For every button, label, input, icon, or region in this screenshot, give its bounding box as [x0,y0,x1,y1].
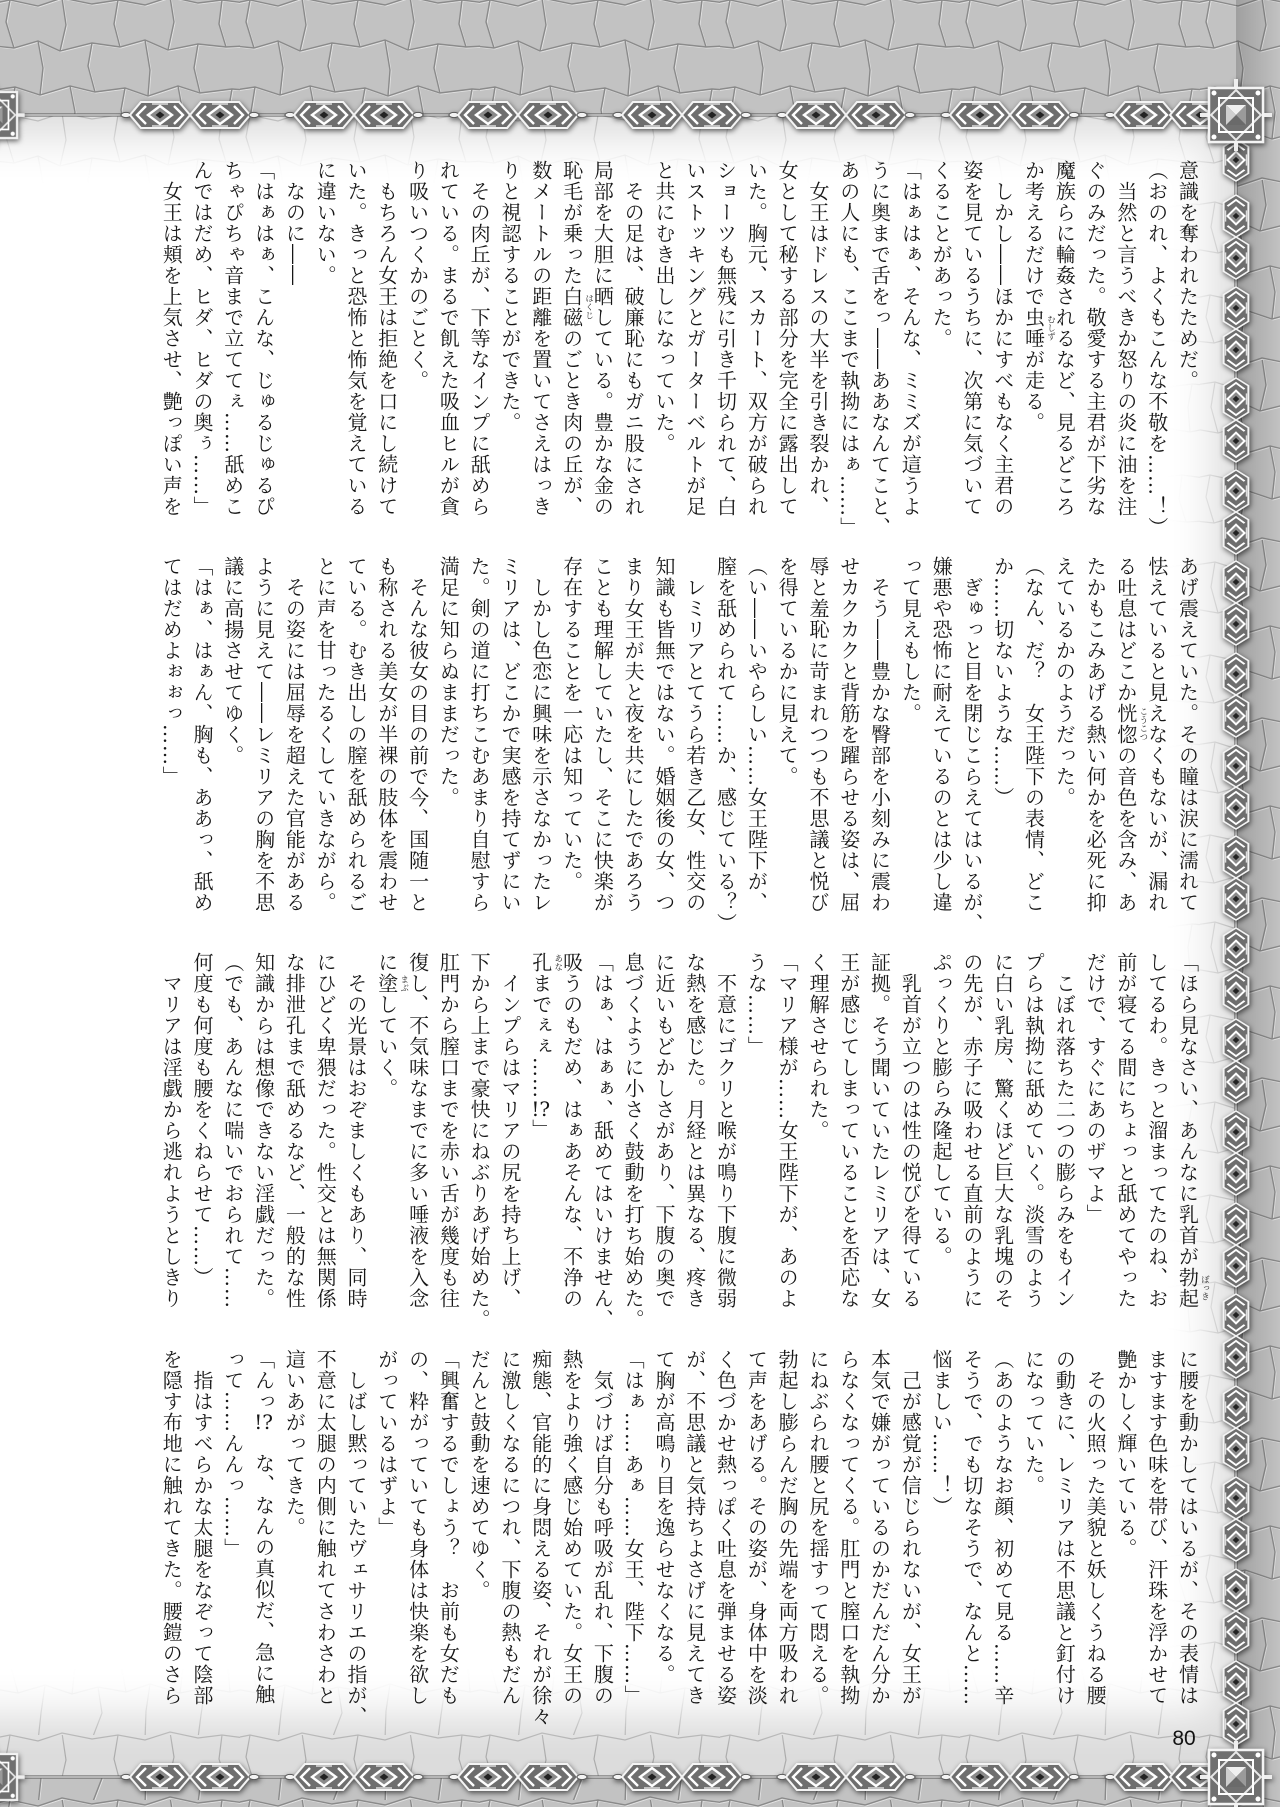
border-lines [0,115,1236,1777]
page-number: 80 [1166,1727,1202,1751]
ornamental-frame [0,0,1280,1807]
corner-ornament-icon [0,79,1272,1807]
border-ornament-icon [121,102,1248,1790]
